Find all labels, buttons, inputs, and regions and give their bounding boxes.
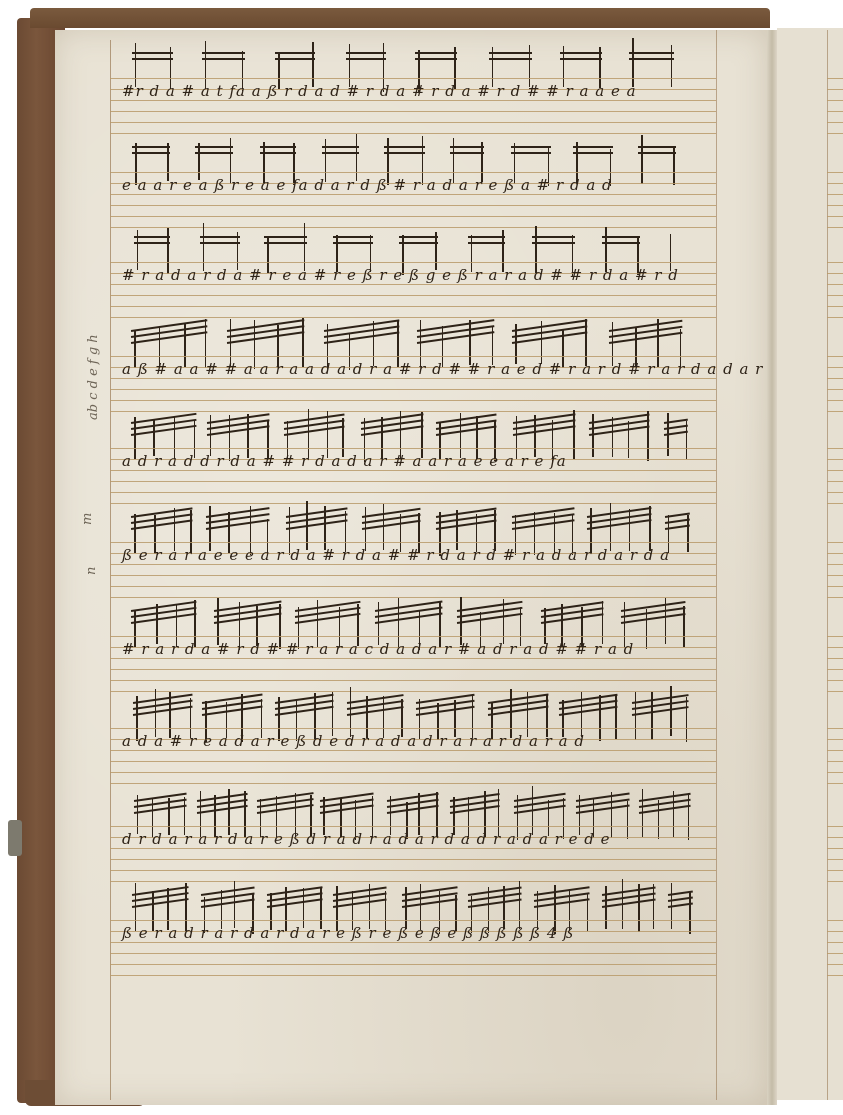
facing-staff-line: [827, 378, 843, 379]
staff-line: [110, 262, 716, 263]
rhythm-flags: [110, 494, 716, 544]
rhythm-flag-stem: [356, 134, 358, 180]
rhythm-flags: [110, 872, 716, 922]
rhythm-flag-stem: [494, 510, 496, 551]
staff-line: [110, 448, 716, 449]
rhythm-flag-stem: [638, 884, 640, 932]
rhythm-beam: [638, 146, 676, 148]
rhythm-beam: [468, 236, 505, 238]
facing-staff-line: [827, 669, 843, 670]
rhythm-flag-stem: [237, 232, 239, 270]
staff-line: [110, 481, 716, 482]
rhythm-flag-stem: [308, 409, 310, 458]
facing-staff-line: [827, 133, 843, 134]
tablature-letters: ß e r a d r a r d a r d a r e ß r e ß e …: [122, 924, 574, 942]
facing-staff-line: [827, 728, 843, 729]
facing-staff-line: [827, 216, 843, 217]
facing-staff-line: [827, 459, 843, 460]
facing-staff-line: [827, 859, 843, 860]
rhythm-flags: [110, 778, 716, 828]
facing-staff-line: [827, 306, 843, 307]
facing-staff-line: [827, 826, 843, 827]
rhythm-beam: [132, 58, 173, 60]
rhythm-flag-stem: [628, 421, 630, 458]
rhythm-beam: [375, 601, 442, 612]
facing-staff-line: [827, 553, 843, 554]
tablature-system: ß e r a d r a r d a r d a r e ß r e ß e …: [110, 872, 716, 986]
facing-staff-line: [827, 636, 843, 637]
rhythm-beam: [384, 146, 424, 148]
rhythm-flag-stem: [611, 792, 613, 839]
rhythm-flag-stem: [635, 692, 637, 741]
facing-staff-line: [827, 273, 843, 274]
rhythm-beam: [346, 52, 386, 54]
facing-staff-line: [827, 284, 843, 285]
rhythm-flags: [110, 124, 716, 174]
facing-staff-line: [827, 470, 843, 471]
staff-line: [110, 492, 716, 493]
facing-staff-line: [827, 848, 843, 849]
staff-line: [110, 870, 716, 871]
rhythm-beam: [132, 52, 173, 54]
rhythm-beam: [275, 58, 315, 60]
facing-staff-line: [827, 295, 843, 296]
tablature-letters: a d a # r e a d a r e ß d e d r a d a d …: [122, 732, 585, 750]
rhythm-beam: [511, 146, 551, 148]
margin-note-alphabet: ab c d e f g h: [86, 334, 101, 420]
rhythm-flag-stem: [562, 700, 564, 737]
rhythm-flag-stem: [456, 510, 458, 551]
rhythm-beam: [573, 146, 612, 148]
facing-staff-line: [827, 750, 843, 751]
rhythm-flag-stem: [418, 793, 420, 835]
rhythm-beam: [602, 236, 640, 238]
facing-staff-line: [827, 691, 843, 692]
rhythm-beam: [275, 52, 315, 54]
rhythm-beam: [384, 152, 424, 154]
staff-line: [110, 920, 716, 921]
rhythm-beam: [260, 146, 296, 148]
rhythm-beam: [132, 152, 170, 154]
staff-line: [110, 389, 716, 390]
margin-note-folio-2: n: [84, 567, 99, 575]
rhythm-flag-stem: [155, 689, 157, 738]
rhythm-beam: [602, 242, 640, 244]
rhythm-flag-stem: [503, 886, 505, 929]
staff-line: [110, 122, 716, 123]
rhythm-beam: [489, 52, 532, 54]
facing-staff-line: [827, 881, 843, 882]
facing-staff-line: [827, 542, 843, 543]
facing-staff-line: [827, 503, 843, 504]
rhythm-flag-stem: [632, 38, 634, 87]
rhythm-flag-stem: [460, 413, 462, 458]
facing-staff-line: [827, 783, 843, 784]
staff-line: [110, 964, 716, 965]
rhythm-flag-stem: [658, 800, 660, 839]
rhythm-flag-stem: [135, 43, 137, 87]
rhythm-beam: [417, 331, 495, 343]
rhythm-beam: [457, 601, 522, 612]
rhythm-flag-stem: [453, 797, 455, 835]
rhythm-beam: [294, 601, 359, 612]
rhythm-flags: [110, 30, 716, 80]
rhythm-beam: [399, 242, 438, 244]
rhythm-beam: [132, 146, 170, 148]
facing-staff-line: [827, 111, 843, 112]
rhythm-beam: [264, 242, 307, 244]
rhythm-flag-stem: [369, 884, 371, 929]
rhythm-flag-stem: [503, 599, 505, 644]
rhythm-beam: [346, 58, 386, 60]
rhythm-flags: [110, 680, 716, 730]
tablature-letters: # r a r d a # r d # # r a r a c d a d a …: [122, 640, 634, 658]
binding-clasp: [8, 820, 22, 856]
rhythm-beam: [195, 146, 233, 148]
staff-line: [110, 356, 716, 357]
tablature-letters: #r d a # a t fa a ß r d a d # r d a # r …: [122, 82, 637, 100]
facing-staff-line: [827, 183, 843, 184]
rhythm-beam: [399, 236, 438, 238]
facing-staff-line: [827, 975, 843, 976]
rhythm-flag-stem: [203, 223, 205, 271]
rhythm-flag-stem: [312, 42, 314, 87]
facing-staff-line: [827, 772, 843, 773]
rhythm-flag-stem: [544, 608, 546, 644]
rhythm-flag-stem: [390, 796, 392, 835]
rhythm-flag-stem: [527, 692, 529, 737]
rhythm-flag-stem: [247, 414, 249, 458]
facing-staff-line: [827, 586, 843, 587]
rhythm-beam: [134, 242, 171, 244]
rhythm-beam: [532, 242, 574, 244]
rhythm-beam: [450, 152, 485, 154]
rhythm-beam: [573, 152, 612, 154]
facing-staff-line: [827, 942, 843, 943]
rhythm-beam: [450, 146, 485, 148]
rhythm-beam: [264, 236, 307, 238]
rhythm-beam: [511, 152, 551, 154]
rhythm-flag-stem: [156, 604, 158, 644]
facing-staff-line: [827, 575, 843, 576]
rhythm-flag-stem: [519, 881, 521, 929]
facing-staff-line: [827, 122, 843, 123]
rhythm-flags: [110, 214, 716, 264]
staff-line: [110, 295, 716, 296]
facing-staff-line: [827, 597, 843, 598]
rhythm-flag-stem: [605, 227, 607, 272]
facing-staff-line: [827, 564, 843, 565]
facing-staff-line: [827, 411, 843, 412]
rhythm-beam: [532, 236, 574, 238]
rhythm-beam: [621, 601, 686, 612]
facing-staff-line: [827, 658, 843, 659]
facing-staff-line: [827, 492, 843, 493]
rhythm-beam: [629, 52, 674, 54]
tablature-letters: d r d a r a r d a r e ß d r a d r a d a …: [122, 830, 611, 848]
rhythm-beam: [324, 331, 400, 343]
tablature-letters: a d r a d d r d a # # r d a d a r # a a …: [122, 452, 567, 470]
rhythm-beam: [638, 152, 676, 154]
rhythm-flag-stem: [332, 692, 334, 736]
facing-staff-line: [827, 317, 843, 318]
rhythm-flag-stem: [324, 506, 326, 551]
rhythm-beam: [131, 413, 196, 424]
facing-staff-line: [827, 837, 843, 838]
tablature-letters: a ß # a a # # a a r a a d a d r a # r d …: [122, 360, 763, 378]
rhythm-beam: [202, 52, 245, 54]
rhythm-flag-stem: [198, 143, 200, 180]
rhythm-beam: [131, 331, 207, 343]
rhythm-beam: [200, 242, 240, 244]
staff-line: [110, 111, 716, 112]
rhythm-beam: [468, 242, 505, 244]
facing-staff-line: [827, 448, 843, 449]
staff-line: [110, 306, 716, 307]
rhythm-flag-stem: [646, 609, 648, 649]
rhythm-flag-stem: [383, 504, 385, 550]
facing-staff-line: [827, 389, 843, 390]
margin-note-folio-1: m: [80, 513, 95, 525]
facing-staff-line: [827, 194, 843, 195]
facing-staff-line: [827, 870, 843, 871]
rhythm-beam: [415, 58, 457, 60]
rhythm-beam: [489, 58, 532, 60]
rhythm-flag-stem: [342, 418, 344, 457]
rhythm-flag-stem: [327, 411, 329, 458]
staff-line: [110, 761, 716, 762]
rhythm-flag-stem: [349, 44, 351, 87]
rhythm-beam: [333, 236, 373, 238]
rhythm-beam: [227, 331, 305, 343]
rhythm-flag-stem: [469, 320, 471, 365]
rhythm-flag-stem: [641, 135, 643, 183]
tablature-system: a d a # r e a d a r e ß d e d r a d a d …: [110, 680, 716, 794]
rhythm-beam: [200, 236, 240, 238]
staff-line: [110, 542, 716, 543]
facing-staff-line: [827, 356, 843, 357]
rhythm-flag-stem: [653, 884, 655, 929]
facing-staff-line: [827, 680, 843, 681]
rhythm-beam: [214, 601, 281, 612]
rhythm-flag-stem: [573, 410, 575, 459]
staff-line: [110, 636, 716, 637]
rhythm-beam: [202, 58, 245, 60]
rhythm-beam: [609, 320, 682, 332]
rhythm-flag-stem: [184, 797, 186, 835]
rhythm-flag-stem: [627, 801, 629, 839]
facing-staff-line: [827, 400, 843, 401]
tablature-letters: ß e r a r a e e e a r d a # r d a # # r …: [122, 546, 670, 564]
tablature-letters: # r a d a r d a # r e a # r e ß r e ß g …: [122, 266, 679, 284]
rhythm-flag-stem: [304, 223, 306, 271]
rhythm-beam: [587, 507, 652, 518]
rhythm-beam: [629, 58, 674, 60]
rhythm-beam: [322, 146, 359, 148]
right-margin-rule: [716, 30, 717, 1100]
staff-line: [110, 172, 716, 173]
rhythm-flag-stem: [401, 699, 403, 737]
rhythm-beam: [131, 601, 197, 612]
facing-staff-line: [827, 227, 843, 228]
facing-staff-line: [827, 367, 843, 368]
rhythm-flag-stem: [673, 791, 675, 837]
rhythm-flags: [110, 400, 716, 450]
rhythm-beam: [512, 331, 588, 343]
facing-staff-line: [827, 647, 843, 648]
rhythm-flags: [110, 308, 716, 358]
facing-staff-line: [827, 931, 843, 932]
rhythm-flag-stem: [541, 321, 543, 364]
staff-line: [110, 669, 716, 670]
rhythm-flag-stem: [534, 415, 536, 456]
rhythm-flag-stem: [510, 689, 512, 738]
rhythm-beam: [560, 52, 603, 54]
rhythm-flag-stem: [610, 503, 612, 551]
facing-staff-line: [827, 964, 843, 965]
staff-line: [110, 772, 716, 773]
tablature-letters: e a a r e a ß r e a e fa d a r d ß # r a…: [122, 176, 613, 194]
rhythm-beam: [322, 152, 359, 154]
rhythm-flag-stem: [350, 687, 352, 737]
rhythm-beam: [415, 52, 457, 54]
rhythm-beam: [195, 152, 233, 154]
rhythm-beam: [560, 58, 603, 60]
facing-staff-line: [827, 481, 843, 482]
rhythm-flag-stem: [686, 421, 688, 459]
rhythm-beam: [260, 152, 296, 154]
facing-staff-line: [827, 739, 843, 740]
staff-line: [110, 975, 716, 976]
facing-staff-line: [827, 78, 843, 79]
staff-line: [110, 78, 716, 79]
facing-staff-line: [827, 205, 843, 206]
rhythm-beam: [333, 242, 373, 244]
rhythm-flags: [110, 588, 716, 638]
staff-line: [110, 953, 716, 954]
facing-staff-line: [827, 262, 843, 263]
staff-line: [110, 575, 716, 576]
staff-line: [110, 586, 716, 587]
leather-binding-top: [30, 8, 770, 28]
facing-page-rule: [827, 30, 828, 1100]
rhythm-flag-stem: [612, 417, 614, 458]
staff-line: [110, 859, 716, 860]
rhythm-flag-stem: [174, 508, 176, 551]
staff-line: [110, 205, 716, 206]
facing-staff-line: [827, 100, 843, 101]
facing-staff-line: [827, 953, 843, 954]
staff-line: [110, 728, 716, 729]
rhythm-beam: [134, 236, 171, 238]
rhythm-flag-stem: [498, 789, 500, 835]
facing-staff-line: [827, 920, 843, 921]
rhythm-flag-stem: [686, 697, 688, 742]
facing-staff-line: [827, 172, 843, 173]
facing-staff-line: [827, 761, 843, 762]
staff-line: [110, 826, 716, 827]
page-gutter: [767, 30, 777, 1105]
facing-staff-line: [827, 89, 843, 90]
rhythm-flag-stem: [169, 692, 171, 737]
rhythm-flag-stem: [687, 515, 689, 552]
